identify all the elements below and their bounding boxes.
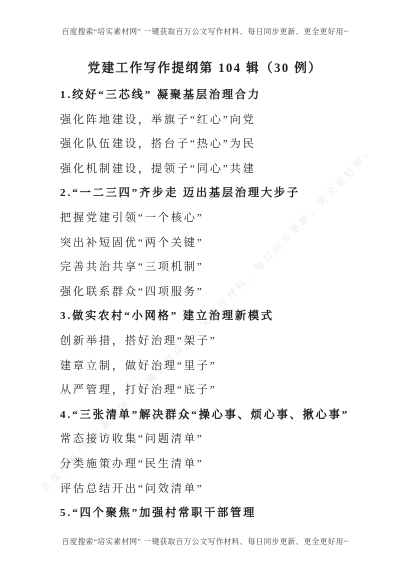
document-title: 党建工作写作提纲第 104 辑（30 例） — [0, 58, 410, 76]
outline-line: 完善共治共享“三项机制” — [60, 255, 380, 280]
outline-line: 从严管理，打好治理“底子” — [60, 378, 380, 403]
outline-line: 评估总结开出“问效清单” — [60, 477, 380, 502]
document-page: 百度搜索“培实素材网” 一键获取百万公文写作材料、每日同步更新、更全更好用~ 百… — [0, 0, 410, 580]
outline-content: 1.绞好“三芯线” 凝聚基层治理合力 强化阵地建设，举旗子“红心”向党 强化队伍… — [60, 83, 380, 526]
outline-line: 建章立制，做好治理“里子” — [60, 354, 380, 379]
outline-line: 强化队伍建设，搭台子“热心”为民 — [60, 132, 380, 157]
outline-line: 突出补短固优“两个关键” — [60, 231, 380, 256]
outline-line: 强化阵地建设，举旗子“红心”向党 — [60, 108, 380, 133]
outline-line: 把握党建引领“一个核心” — [60, 206, 380, 231]
header-promo-note: 百度搜索“培实素材网” 一键获取百万公文写作材料、每日同步更新、更全更好用~ — [0, 26, 410, 37]
section-5-heading: 5.“四个聚焦”加强村常职干部管理 — [60, 501, 380, 526]
section-2-heading: 2.“一二三四”齐步走 迈出基层治理大步子 — [60, 181, 380, 206]
footer-promo-note: 百度搜索“培实素材网” 一键获取百万公文写作材料、每日同步更新、更全更好用~ — [0, 536, 410, 547]
section-4-heading: 4.“三张清单”解决群众“操心事、烦心事、揪心事” — [60, 403, 380, 428]
outline-line: 强化联系群众“四项服务” — [60, 280, 380, 305]
section-1-heading: 1.绞好“三芯线” 凝聚基层治理合力 — [60, 83, 380, 108]
section-3-heading: 3.做实农村“小网格” 建立治理新模式 — [60, 304, 380, 329]
outline-line: 常态接访收集“问题清单” — [60, 427, 380, 452]
outline-line: 分类施策办理“民生清单” — [60, 452, 380, 477]
outline-line: 创新举措，搭好治理“架子” — [60, 329, 380, 354]
outline-line: 强化机制建设，提领子“同心”共建 — [60, 157, 380, 182]
